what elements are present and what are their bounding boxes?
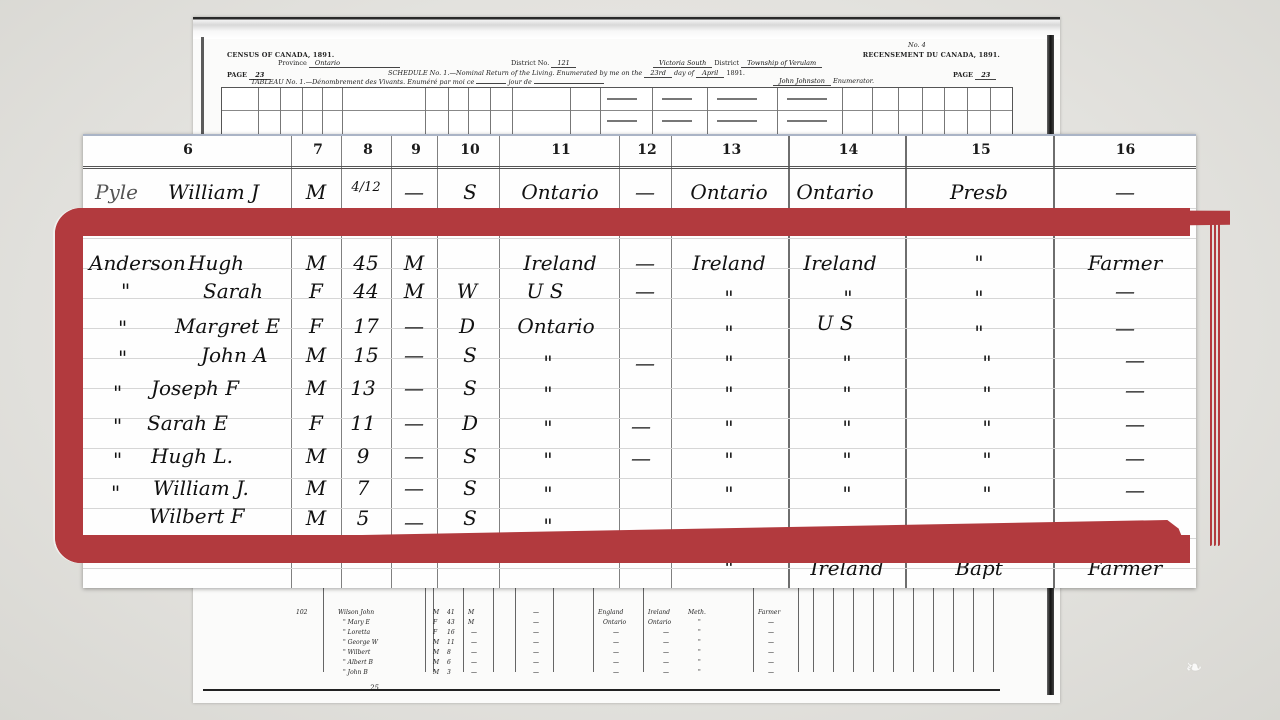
column-header-grid — [221, 87, 1013, 135]
census-title-french: RECENSEMENT DU CANADA, 1891. — [863, 51, 1000, 59]
column-number: 11 — [501, 142, 621, 158]
enumere-text: Enuméré par moi ce — [407, 78, 474, 86]
district-number-label: District No. — [511, 59, 549, 67]
enumerator-name: John Johnston — [773, 77, 831, 86]
census-row: " WilbertM8————"— — [193, 649, 1060, 659]
subdistrict-number: No. 4 — [908, 41, 926, 49]
census-row: " Mary EF43M—OntarioOntario"— — [193, 619, 1060, 629]
scan-left-edge — [201, 37, 204, 147]
census-row: " LorettaF16————"— — [193, 629, 1060, 639]
province-label: Province — [278, 59, 307, 67]
day-of-text: day of — [674, 69, 694, 77]
column-number: 7 — [293, 142, 343, 158]
district-name-line: Victoria South District Township of Veru… — [653, 59, 822, 67]
census-row: " George WM11————"— — [193, 639, 1060, 649]
page-label-right: PAGE — [953, 71, 973, 79]
district-number-value: 121 — [551, 59, 575, 68]
enumerator-label: Enumerator. — [833, 77, 874, 85]
inset-column-header: 6 7 8 9 10 11 12 13 14 15 16 — [83, 136, 1196, 169]
column-number: 16 — [1055, 142, 1196, 158]
district-name-value: Victoria South — [653, 59, 712, 68]
column-number: 8 — [343, 142, 393, 158]
province-value: Ontario — [309, 59, 400, 68]
district-label: District — [714, 59, 739, 67]
scan-top-edge — [193, 17, 1060, 39]
census-lower-rows: 102Wilson JohnM41M—EnglandIrelandMeth.Fa… — [193, 587, 1060, 682]
signature-logo-icon: ❧ — [1182, 655, 1206, 679]
scan-bottom-edge — [203, 689, 1000, 691]
enumerator-line: John Johnston Enumerator. — [773, 77, 874, 85]
highlight-stroke-right — [1210, 216, 1224, 546]
column-number: 14 — [790, 142, 907, 158]
district-number-line: District No. 121 — [511, 59, 576, 67]
jour-de-text: jour de — [509, 78, 532, 86]
census-row: 102Wilson JohnM41M—EnglandIrelandMeth.Fa… — [193, 609, 1060, 619]
schedule-text: SCHEDULE No. 1.—Nominal Return of the Li… — [388, 69, 555, 77]
enumerated-month: April — [696, 69, 724, 78]
column-number: 10 — [439, 142, 501, 158]
year-text: 1891. — [726, 69, 745, 77]
column-number: 15 — [907, 142, 1055, 158]
page-number-right: PAGE 23 — [953, 71, 996, 79]
province-line: Province Ontario — [278, 59, 400, 67]
census-row: " John BM3————"— — [193, 669, 1060, 679]
column-number: 12 — [621, 142, 673, 158]
enumerated-day: 23rd — [644, 69, 672, 78]
column-number: 6 — [83, 142, 293, 158]
column-number: 9 — [393, 142, 439, 158]
subdistrict-value: Township of Verulam — [741, 59, 822, 68]
enumerated-text: Enumerated by me on the — [557, 69, 643, 77]
tableau-text: TABLEAU No. 1.—Dénombrement des Vivants. — [251, 78, 405, 86]
column-number: 13 — [673, 142, 790, 158]
tableau-line: TABLEAU No. 1.—Dénombrement des Vivants.… — [251, 78, 604, 86]
schedule-line: SCHEDULE No. 1.—Nominal Return of the Li… — [388, 69, 745, 77]
page-value-right: 23 — [975, 71, 996, 80]
census-title-english: CENSUS OF CANADA, 1891. — [227, 51, 334, 59]
page-label-left: PAGE — [227, 71, 247, 79]
census-row: " Albert BM6————"— — [193, 659, 1060, 669]
zoomed-census-inset: 6 7 8 9 10 11 12 13 14 15 16 Pyle Willia… — [83, 134, 1196, 588]
